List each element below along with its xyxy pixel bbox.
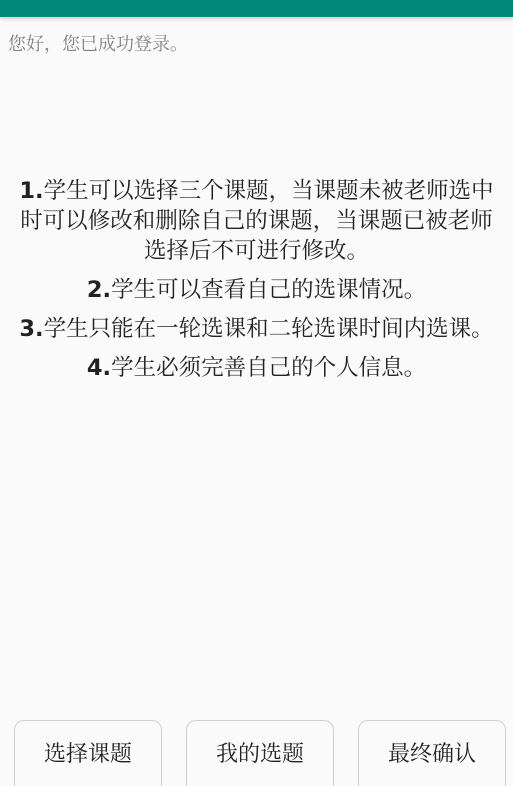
rules-list: 1.学生可以选择三个课题，当课题未被老师选中时可以修改和删除自己的课题，当课题已… (14, 176, 499, 392)
rule-item: 4.学生必须完善自己的个人信息。 (14, 353, 499, 383)
my-topics-button[interactable]: 我的选题 (186, 720, 334, 786)
rule-item: 3.学生只能在一轮选课和二轮选课时间内选课。 (14, 314, 499, 344)
rule-text: 学生只能在一轮选课和二轮选课时间内选课。 (44, 316, 494, 342)
select-topic-button[interactable]: 选择课题 (14, 720, 162, 786)
rule-text: 学生必须完善自己的个人信息。 (111, 355, 426, 381)
rule-number: 3. (19, 316, 43, 342)
rule-number: 2. (87, 277, 111, 303)
rule-item: 2.学生可以查看自己的选课情况。 (14, 275, 499, 305)
rule-item: 1.学生可以选择三个课题，当课题未被老师选中时可以修改和删除自己的课题，当课题已… (14, 176, 499, 266)
rule-text: 学生可以选择三个课题，当课题未被老师选中时可以修改和删除自己的课题，当课题已被老… (20, 178, 493, 264)
final-confirm-button[interactable]: 最终确认 (358, 720, 506, 786)
welcome-message: 您好，您已成功登录。 (8, 34, 188, 56)
rule-text: 学生可以查看自己的选课情况。 (111, 277, 426, 303)
rule-number: 1. (19, 178, 43, 204)
app-bar (0, 0, 513, 17)
rule-number: 4. (87, 355, 111, 381)
